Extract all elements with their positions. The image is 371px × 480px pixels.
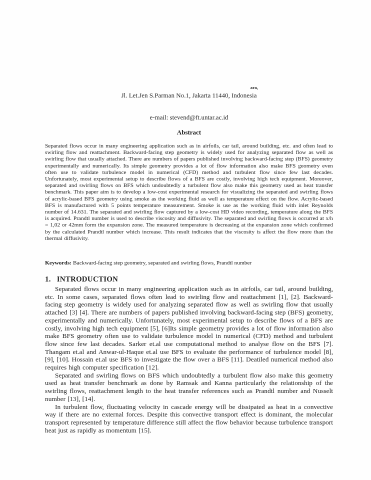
paper-page: ara, Jl. Let.Jen S.Parman No.1, Jakarta … (0, 0, 371, 480)
intro-paragraph: Separated and swirling flows on BFS whic… (45, 371, 333, 402)
keywords-text: Backward-facing step geometry, separated… (72, 260, 252, 266)
affiliation-address: Jl. Let.Jen S.Parman No.1, Jakarta 11440… (45, 92, 333, 100)
page-canvas: ara, Jl. Let.Jen S.Parman No.1, Jakarta … (0, 0, 371, 480)
introduction-body: Separated flows occur in many engineerin… (45, 285, 333, 434)
intro-paragraph: In turbulent flow, fluctuating velocity … (45, 403, 333, 434)
intro-paragraph: Separated flows occur in many engineerin… (45, 285, 333, 371)
author-email: e-mail: stevend@ft.untar.ac.id (45, 114, 333, 122)
introduction-heading-text: INTRODUCTION (57, 276, 118, 284)
introduction-heading-number: 1. (45, 276, 51, 284)
affiliation-fragment: ara, (45, 85, 333, 90)
abstract-body: Separated flows occur in many engineerin… (45, 143, 333, 242)
abstract-heading: Abstract (45, 129, 333, 137)
introduction-heading: 1.INTRODUCTION (45, 276, 333, 285)
keywords-label: Keywords: (45, 260, 72, 266)
keywords-line: Keywords: Backward-facing step geometry,… (45, 260, 333, 267)
